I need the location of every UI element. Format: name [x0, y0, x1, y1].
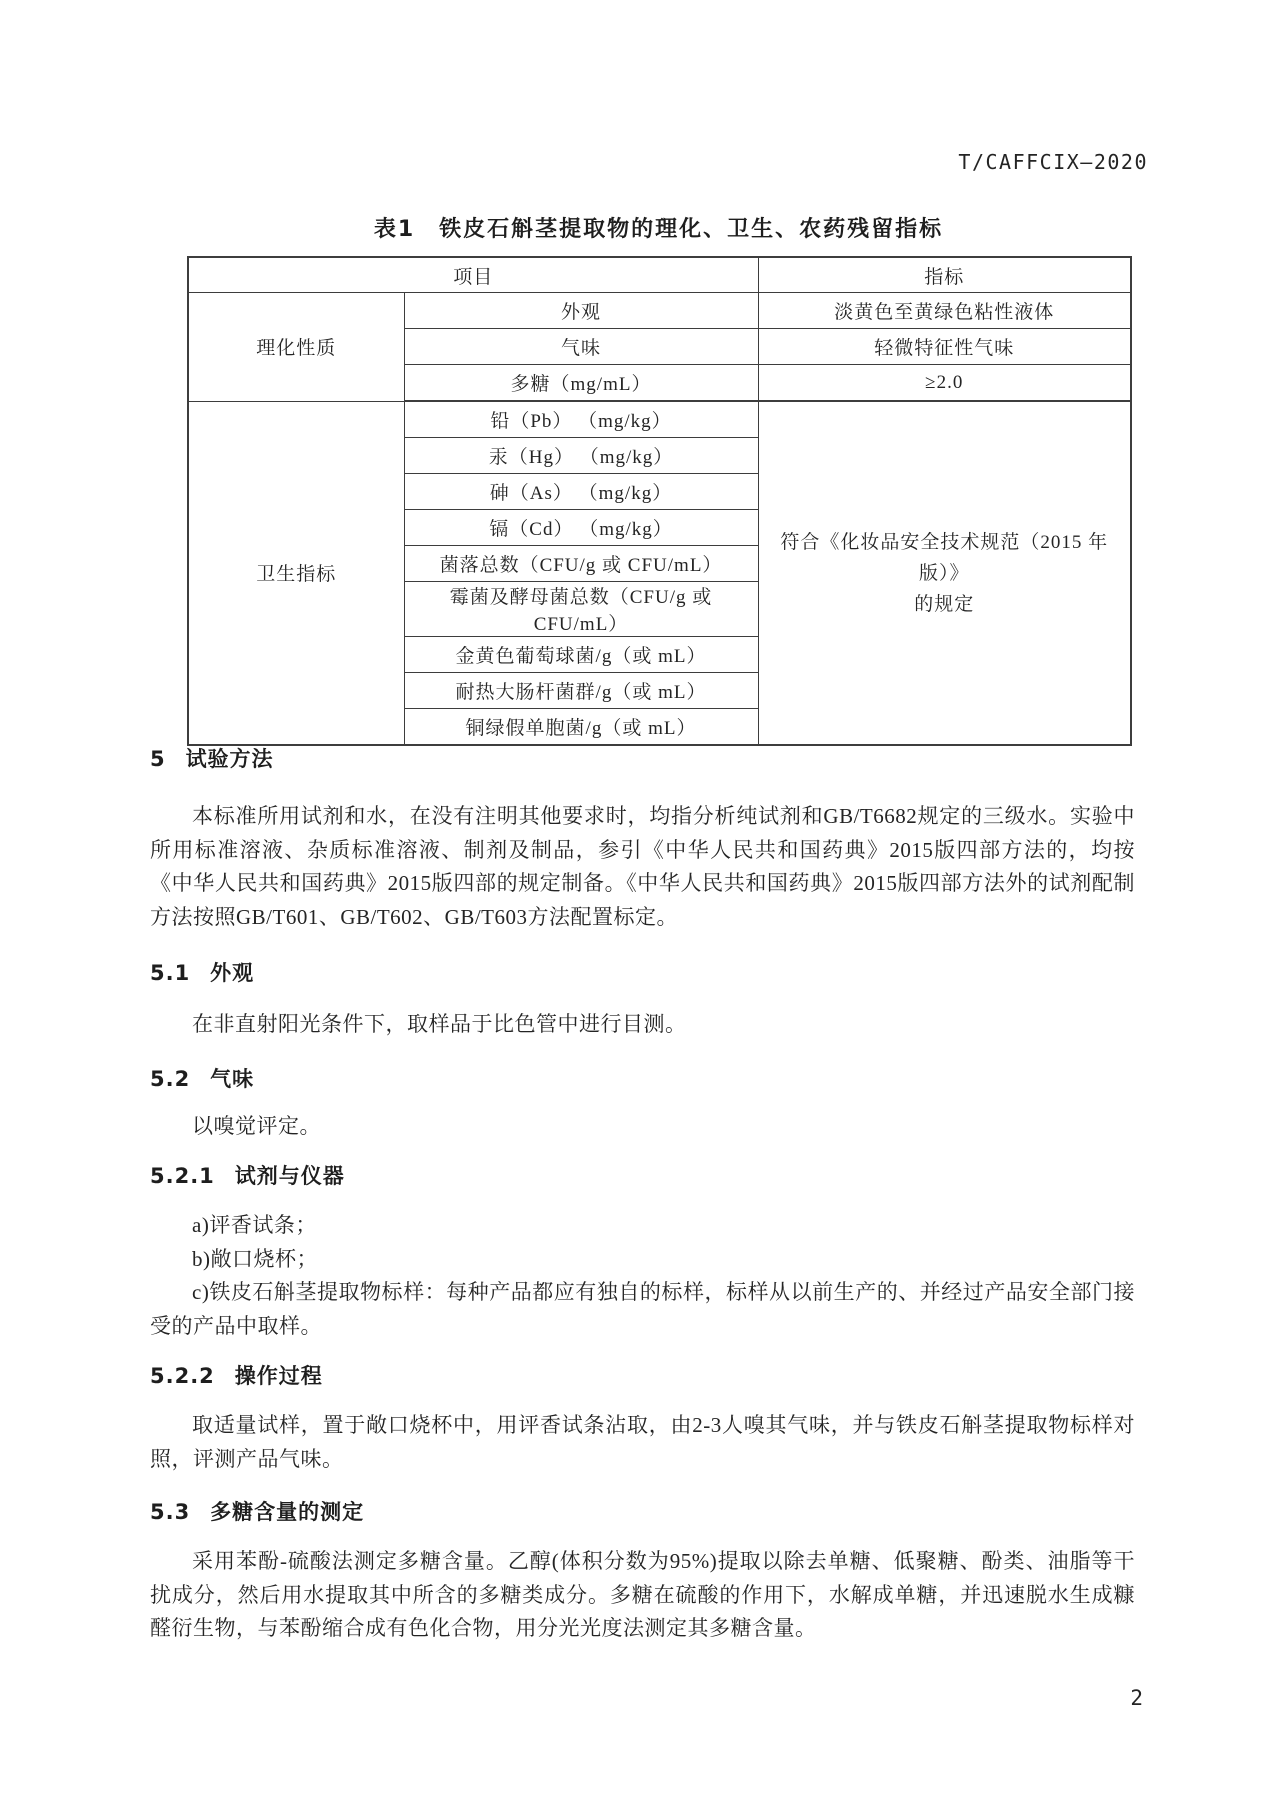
- section-heading-5-2-2: 5.2.2操作过程: [150, 1361, 1135, 1391]
- indicator-line1: 符合《化妆品安全技术规范（2015 年版）》: [763, 527, 1127, 589]
- doc-code: T/CAFFCIX—2020: [150, 150, 1148, 174]
- table-cell-item: 镉（Cd） （mg/kg）: [404, 510, 758, 546]
- table-cell-indicator: 符合《化妆品安全技术规范（2015 年版）》 的规定: [758, 401, 1131, 745]
- table-cell-indicator: 轻微特征性气味: [758, 329, 1131, 365]
- table-cell-item: 金黄色葡萄球菌/g（或 mL）: [404, 637, 758, 673]
- section-number: 5: [150, 747, 166, 771]
- table-cell-item: 铅（Pb） （mg/kg）: [404, 401, 758, 438]
- list-item-a: a)评香试条；: [150, 1209, 1135, 1243]
- table-cell-item: 霉菌及酵母菌总数（CFU/g 或 CFU/mL）: [404, 582, 758, 637]
- paragraph-5-intro: 本标准所用试剂和水，在没有注明其他要求时，均指分析纯试剂和GB/T6682规定的…: [150, 800, 1135, 934]
- table-cell-item: 汞（Hg） （mg/kg）: [404, 438, 758, 474]
- section-heading-5-2-1: 5.2.1试剂与仪器: [150, 1161, 1135, 1191]
- table-cell-item: 气味: [404, 329, 758, 365]
- section-title: 试剂与仪器: [235, 1164, 345, 1188]
- paragraph-5-1: 在非直射阳光条件下，取样品于比色管中进行目测。: [150, 1008, 1135, 1042]
- paragraph-5-2: 以嗅觉评定。: [150, 1110, 1135, 1144]
- table-cell-item: 多糖（mg/mL）: [404, 365, 758, 402]
- section-number: 5.2.1: [150, 1164, 215, 1188]
- section-title: 多糖含量的测定: [210, 1500, 364, 1524]
- table-cell-item: 菌落总数（CFU/g 或 CFU/mL）: [404, 546, 758, 582]
- section-number: 5.1: [150, 961, 190, 985]
- section-title: 操作过程: [235, 1364, 323, 1388]
- table-cell-item: 外观: [404, 293, 758, 329]
- list-item-c: c)铁皮石斛茎提取物标样：每种产品都应有独自的标样，标样从以前生产的、并经过产品…: [150, 1276, 1135, 1343]
- table1: 项目 指标 理化性质 外观 淡黄色至黄绿色粘性液体 气味 轻微特征性气味 多糖（…: [187, 256, 1132, 746]
- section-heading-5-2: 5.2气味: [150, 1064, 1135, 1094]
- section-title: 气味: [210, 1067, 254, 1091]
- section-heading-5: 5试验方法: [150, 744, 1135, 774]
- table-row: 理化性质 外观 淡黄色至黄绿色粘性液体: [188, 293, 1131, 329]
- table-header-row: 项目 指标: [188, 257, 1131, 293]
- paragraph-5-2-2: 取适量试样，置于敞口烧杯中，用评香试条沾取，由2-3人嗅其气味，并与铁皮石斛茎提…: [150, 1409, 1135, 1476]
- section-number: 5.3: [150, 1500, 190, 1524]
- group-label-hygiene: 卫生指标: [188, 401, 404, 745]
- section-title: 外观: [210, 961, 254, 985]
- column-header-indicator: 指标: [758, 257, 1131, 293]
- section-number: 5.2: [150, 1067, 190, 1091]
- document-page: T/CAFFCIX—2020 表1 铁皮石斛茎提取物的理化、卫生、农药残留指标 …: [0, 0, 1280, 1810]
- section-title: 试验方法: [186, 747, 274, 771]
- table1-title: 表1 铁皮石斛茎提取物的理化、卫生、农药残留指标: [187, 212, 1130, 243]
- section-number: 5.2.2: [150, 1364, 215, 1388]
- table-row: 卫生指标 铅（Pb） （mg/kg） 符合《化妆品安全技术规范（2015 年版）…: [188, 401, 1131, 438]
- group-label-physchem: 理化性质: [188, 293, 404, 402]
- section-heading-5-1: 5.1外观: [150, 958, 1135, 988]
- reagents-list: a)评香试条； b)敞口烧杯； c)铁皮石斛茎提取物标样：每种产品都应有独自的标…: [150, 1209, 1135, 1343]
- indicator-line2: 的规定: [763, 589, 1127, 620]
- paragraph-5-3: 采用苯酚-硫酸法测定多糖含量。乙醇(体积分数为95%)提取以除去单糖、低聚糖、酚…: [150, 1545, 1135, 1646]
- table-cell-indicator: 淡黄色至黄绿色粘性液体: [758, 293, 1131, 329]
- table-cell-item: 耐热大肠杆菌群/g（或 mL）: [404, 673, 758, 709]
- column-header-item: 项目: [188, 257, 758, 293]
- sections-container: 5试验方法 本标准所用试剂和水，在没有注明其他要求时，均指分析纯试剂和GB/T6…: [150, 730, 1135, 1646]
- table-cell-item: 砷（As） （mg/kg）: [404, 474, 758, 510]
- page-number: 2: [150, 1686, 1143, 1710]
- table-cell-indicator: ≥2.0: [758, 365, 1131, 402]
- section-heading-5-3: 5.3多糖含量的测定: [150, 1497, 1135, 1527]
- list-item-b: b)敞口烧杯；: [150, 1243, 1135, 1277]
